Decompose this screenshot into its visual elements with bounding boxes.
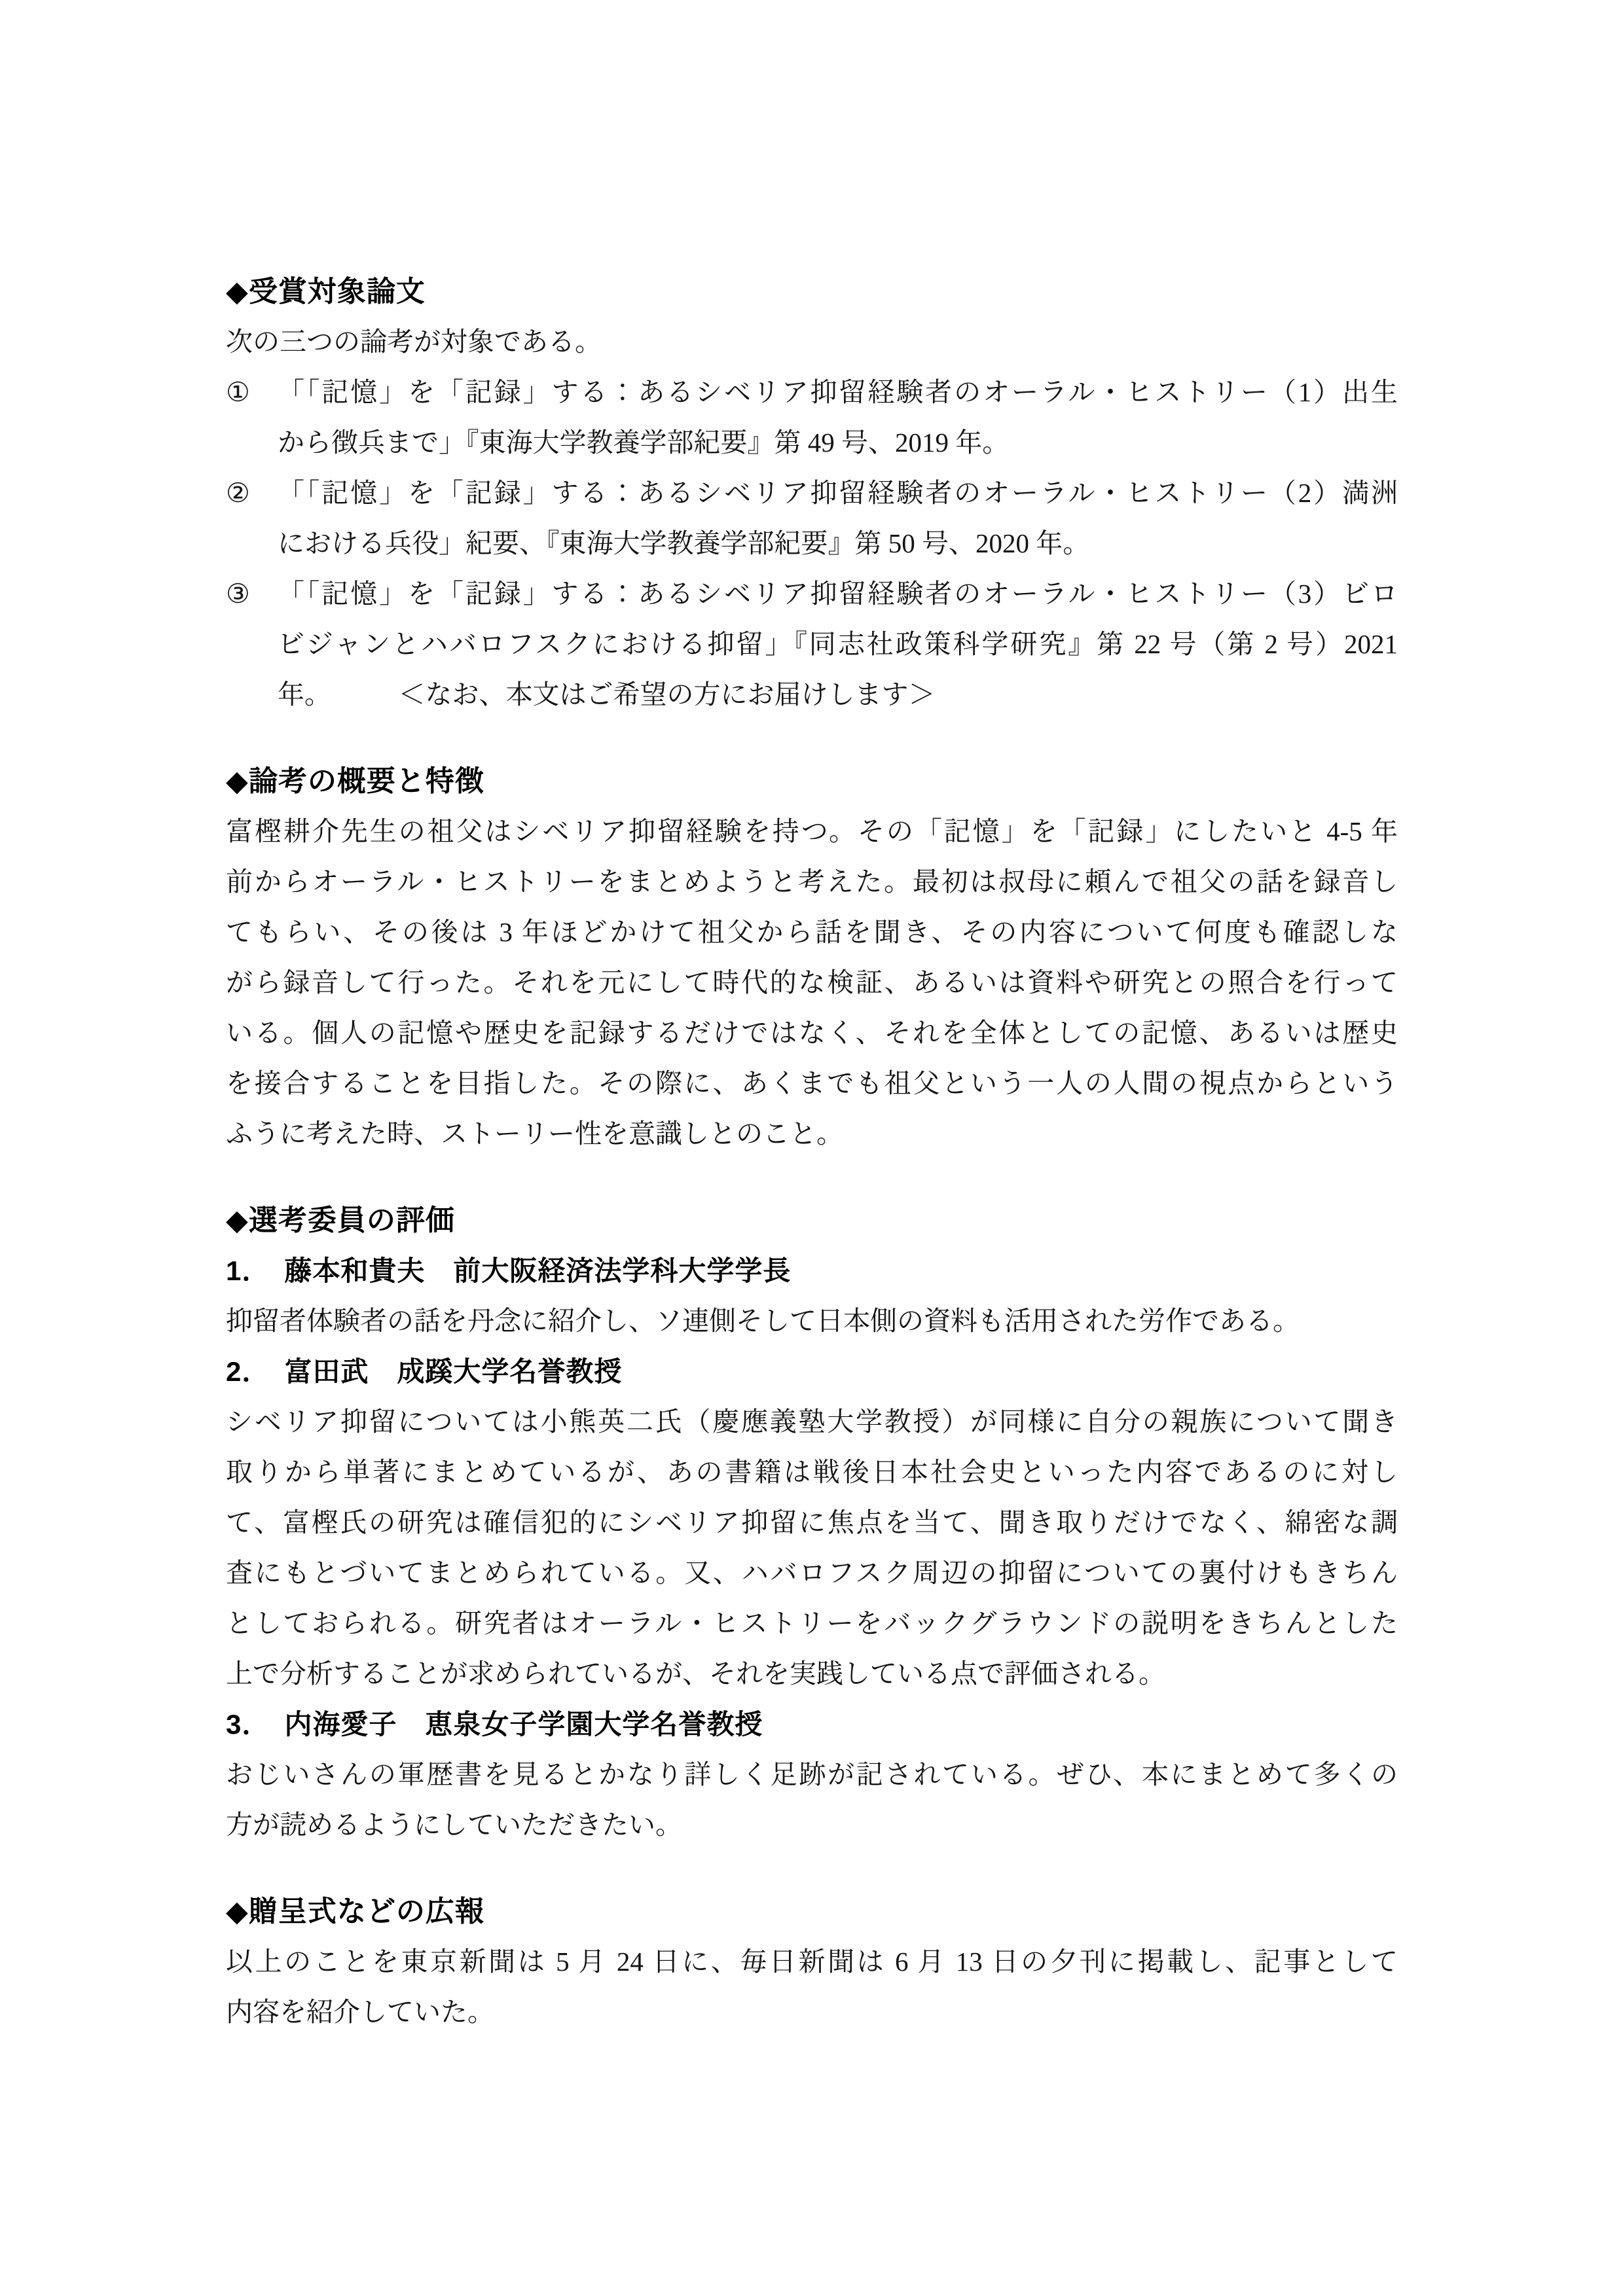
circled-number-3-icon: ③ (226, 569, 250, 619)
publicity-paragraph: 以上のことを東京新聞は 5 月 24 日に、毎日新聞は 6 月 13 日の夕刊に… (226, 1937, 1398, 2037)
reviewer-2-name: 2． 富田武 成蹊大学名誉教授 (226, 1346, 1398, 1397)
text-line: ビジャンとハバロフスクにおける抑留」『同志社政策科学研究』第 22 号（第 2 … (278, 619, 1398, 670)
text-line: 取りから単著にまとめているが、あの書籍は戦後日本社会史といった内容であるのに対し (226, 1447, 1398, 1498)
reviewer-1-name: 1． 藤本和貴夫 前大阪経済法学科大学学長 (226, 1246, 1398, 1296)
text-line: を接合することを目指した。その際に、あくまでも祖父という一人の人間の視点からとい… (226, 1058, 1398, 1109)
section-committee-evaluations: ◆選考委員の評価 1． 藤本和貴夫 前大阪経済法学科大学学長 抑留者体験者の話を… (226, 1195, 1398, 1850)
text-line: 上で分析することが求められているが、それを実践している点で評価される。 (226, 1649, 1398, 1699)
paper-list-item-1: ① 「「記憶」を「記録」する：あるシベリア抑留経験者のオーラル・ヒストリー（1）… (226, 367, 1398, 468)
text-line: 年。 ＜なお、本文はご希望の方にお届けします＞ (278, 670, 1398, 720)
section-heading-summary-features: ◆論考の概要と特徴 (226, 756, 1398, 806)
text-line: おじいさんの軍歴書を見るとかなり詳しく足跡が記されている。ぜひ、本にまとめて多く… (226, 1749, 1398, 1800)
section-heading-award-papers: ◆受賞対象論文 (226, 266, 1398, 317)
circled-number-1-icon: ① (226, 367, 250, 418)
paper-list-item-3: ③ 「「記憶」を「記録」する：あるシベリア抑留経験者のオーラル・ヒストリー（3）… (226, 569, 1398, 720)
paper-list-item-2: ② 「「記憶」を「記録」する：あるシベリア抑留経験者のオーラル・ヒストリー（2）… (226, 468, 1398, 569)
text-line: てもらい、その後は 3 年ほどかけて祖父から話を聞き、その内容について何度も確認… (226, 907, 1398, 958)
text-line: としておられる。研究者はオーラル・ヒストリーをバックグラウンドの説明をきちんとし… (226, 1598, 1398, 1649)
text-line: がら録音して行った。それを元にして時代的な検証、あるいは資料や研究との照合を行っ… (226, 958, 1398, 1008)
text-line: 抑留者体験者の話を丹念に紹介し、ソ連側そして日本側の資料も活用された労作である。 (226, 1296, 1398, 1346)
summary-paragraph: 富樫耕介先生の祖父はシベリア抑留経験を持つ。その「記憶」を「記録」にしたいと 4… (226, 806, 1398, 1159)
reviewer-2-comment: シベリア抑留については小熊英二氏（慶應義塾大学教授）が同様に自分の親族について聞… (226, 1397, 1398, 1699)
award-papers-intro: 次の三つの論考が対象である。 (226, 317, 1398, 367)
text-line: 内容を紹介していた。 (226, 1987, 1398, 2037)
paper-citation-3: 「「記憶」を「記録」する：あるシベリア抑留経験者のオーラル・ヒストリー（3）ビロ… (278, 569, 1398, 720)
text-line: て、富樫氏の研究は確信犯的にシベリア抑留に焦点を当て、聞き取りだけでなく、綿密な… (226, 1498, 1398, 1548)
text-line: 次の三つの論考が対象である。 (226, 317, 1398, 367)
text-line: 「「記憶」を「記録」する：あるシベリア抑留経験者のオーラル・ヒストリー（2）満洲 (278, 468, 1398, 518)
reviewer-3-comment: おじいさんの軍歴書を見るとかなり詳しく足跡が記されている。ぜひ、本にまとめて多く… (226, 1749, 1398, 1850)
document-content: ◆受賞対象論文 次の三つの論考が対象である。 ① 「「記憶」を「記録」する：ある… (226, 266, 1398, 2037)
text-line: における兵役」紀要、『東海大学教養学部紀要』第 50 号、2020 年。 (278, 518, 1398, 569)
text-line: 「「記憶」を「記録」する：あるシベリア抑留経験者のオーラル・ヒストリー（3）ビロ (278, 569, 1398, 619)
text-line: 富樫耕介先生の祖父はシベリア抑留経験を持つ。その「記憶」を「記録」にしたいと 4… (226, 806, 1398, 857)
text-line: シベリア抑留については小熊英二氏（慶應義塾大学教授）が同様に自分の親族について聞… (226, 1397, 1398, 1447)
text-line: 前からオーラル・ヒストリーをまとめようと考えた。最初は叔母に頼んで祖父の話を録音… (226, 857, 1398, 907)
text-line: 方が読めるようにしていただきたい。 (226, 1800, 1398, 1850)
paper-citation-2: 「「記憶」を「記録」する：あるシベリア抑留経験者のオーラル・ヒストリー（2）満洲… (278, 468, 1398, 569)
section-publicity: ◆贈呈式などの広報 以上のことを東京新聞は 5 月 24 日に、毎日新聞は 6 … (226, 1886, 1398, 2037)
text-line: 「「記憶」を「記録」する：あるシベリア抑留経験者のオーラル・ヒストリー（1）出生 (278, 367, 1398, 418)
text-line: 以上のことを東京新聞は 5 月 24 日に、毎日新聞は 6 月 13 日の夕刊に… (226, 1937, 1398, 1987)
text-line: から徴兵まで」『東海大学教養学部紀要』第 49 号、2019 年。 (278, 418, 1398, 468)
reviewer-1-comment: 抑留者体験者の話を丹念に紹介し、ソ連側そして日本側の資料も活用された労作である。 (226, 1296, 1398, 1346)
document-page: ◆受賞対象論文 次の三つの論考が対象である。 ① 「「記憶」を「記録」する：ある… (0, 0, 1623, 2296)
text-line: いる。個人の記憶や歴史を記録するだけではなく、それを全体としての記憶、あるいは歴… (226, 1008, 1398, 1058)
section-summary-features: ◆論考の概要と特徴 富樫耕介先生の祖父はシベリア抑留経験を持つ。その「記憶」を「… (226, 756, 1398, 1159)
section-heading-committee-evaluations: ◆選考委員の評価 (226, 1195, 1398, 1246)
circled-number-2-icon: ② (226, 468, 250, 518)
text-line: ふうに考えた時、ストーリー性を意識しとのこと。 (226, 1109, 1398, 1159)
paper-citation-1: 「「記憶」を「記録」する：あるシベリア抑留経験者のオーラル・ヒストリー（1）出生… (278, 367, 1398, 468)
reviewer-3-name: 3． 内海愛子 恵泉女子学園大学名誉教授 (226, 1699, 1398, 1749)
text-line: 査にもとづいてまとめられている。又、ハバロフスク周辺の抑留についての裏付けもきち… (226, 1548, 1398, 1598)
section-award-papers: ◆受賞対象論文 次の三つの論考が対象である。 ① 「「記憶」を「記録」する：ある… (226, 266, 1398, 720)
section-heading-publicity: ◆贈呈式などの広報 (226, 1886, 1398, 1937)
